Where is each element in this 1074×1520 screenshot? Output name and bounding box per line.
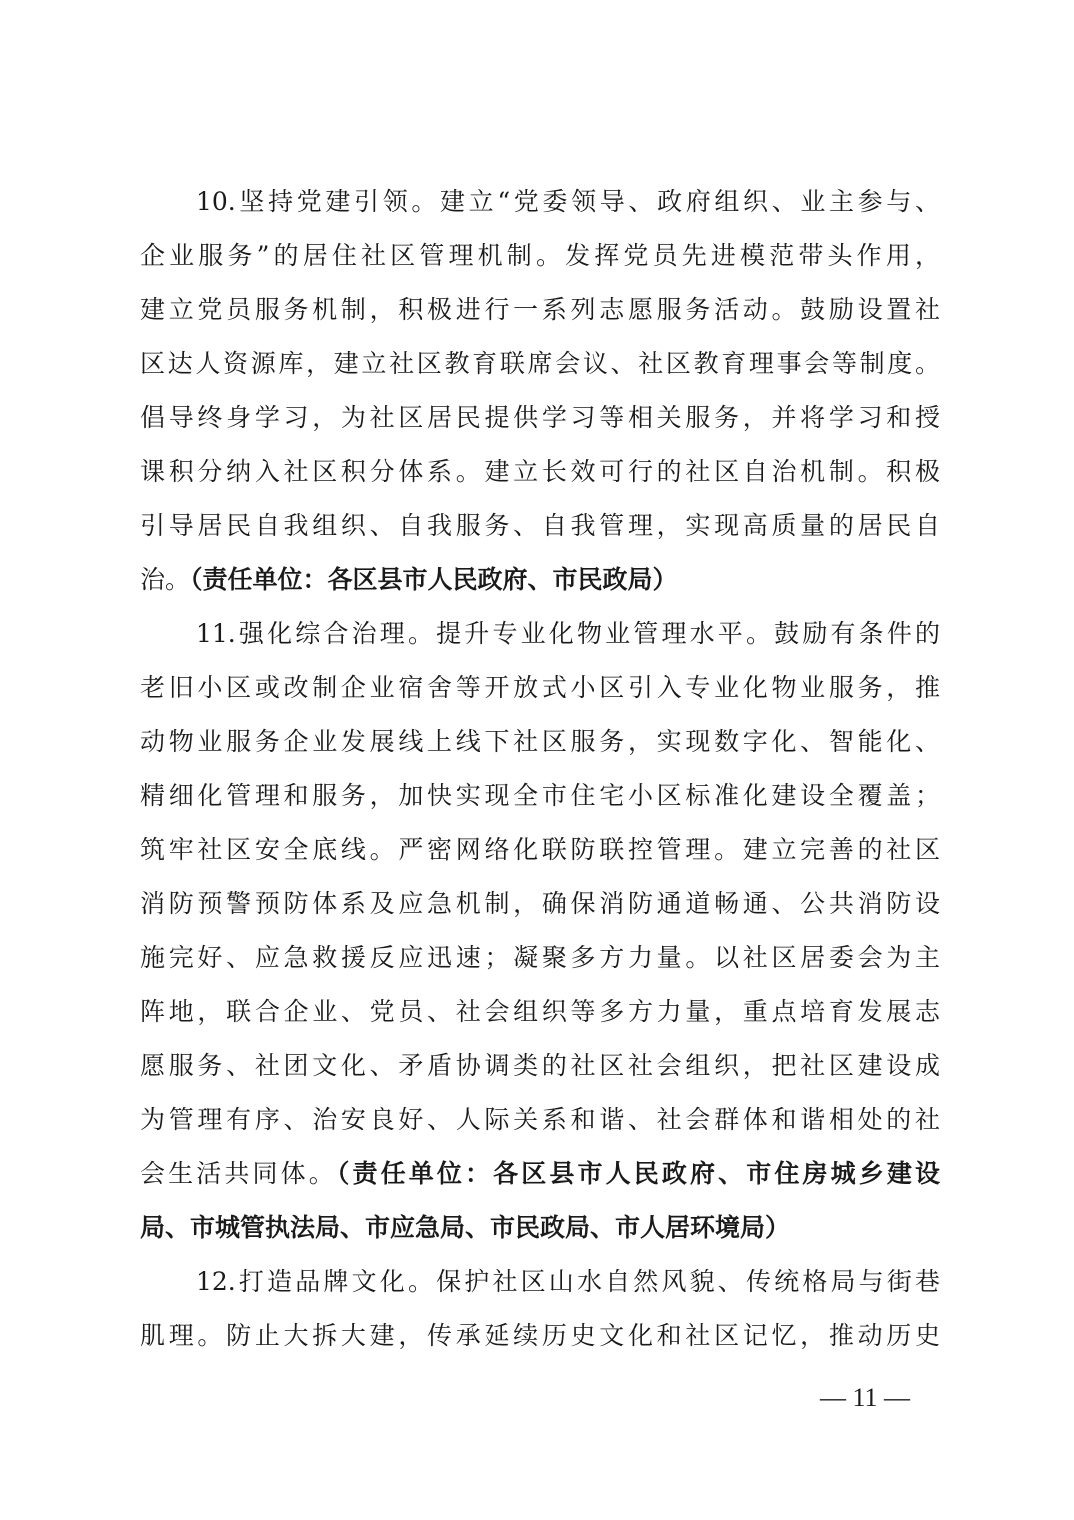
text-line: 愿服务、社团文化、矛盾协调类的社区社会组织，把社区建设成: [140, 1046, 940, 1086]
document-page: 10.坚持党建引领。建立“党委领导、政府组织、业主参与、 企业服务”的居住社区管…: [0, 0, 1074, 1520]
text-fragment: 治。: [140, 565, 190, 594]
text-line: 精细化管理和服务，加快实现全市住宅小区标准化建设全覆盖；: [140, 776, 940, 816]
text-line: 11.强化综合治理。提升专业化物业管理水平。鼓励有条件的: [196, 614, 940, 654]
text-line: 为管理有序、治安良好、人际关系和谐、社会群体和谐相处的社: [140, 1100, 940, 1140]
responsibility-units-continued: 局、市城管执法局、市应急局、市民政局、市人居环境局）: [140, 1208, 940, 1248]
responsibility-units: （责任单位：各区县市人民政府、市住房城乡建设: [337, 1159, 940, 1188]
text-line: 施完好、应急救援反应迅速；凝聚多方力量。以社区居委会为主: [140, 938, 940, 978]
text-line: 建立党员服务机制，积极进行一系列志愿服务活动。鼓励设置社: [140, 290, 940, 330]
responsibility-units: （责任单位：各区县市人民政府、市民政局）: [190, 565, 678, 594]
text-line: 老旧小区或改制企业宿舍等开放式小区引入专业化物业服务，推: [140, 668, 940, 708]
text-line: 引导居民自我组织、自我服务、自我管理，实现高质量的居民自: [140, 506, 940, 546]
text-line: 动物业服务企业发展线上线下社区服务，实现数字化、智能化、: [140, 722, 940, 762]
text-line: 倡导终身学习，为社区居民提供学习等相关服务，并将学习和授: [140, 398, 940, 438]
page-number: — 11 —: [820, 1383, 910, 1413]
text-line: 区达人资源库，建立社区教育联席会议、社区教育理事会等制度。: [140, 344, 940, 384]
text-line: 企业服务”的居住社区管理机制。发挥党员先进模范带头作用，: [140, 236, 940, 276]
text-line: 10.坚持党建引领。建立“党委领导、政府组织、业主参与、: [196, 182, 940, 222]
text-line: 消防预警预防体系及应急机制，确保消防通道畅通、公共消防设: [140, 884, 940, 924]
text-line: 筑牢社区安全底线。严密网络化联防联控管理。建立完善的社区: [140, 830, 940, 870]
text-line: 12.打造品牌文化。保护社区山水自然风貌、传统格局与街巷: [196, 1262, 940, 1302]
text-line: 肌理。防止大拆大建，传承延续历史文化和社区记忆，推动历史: [140, 1316, 940, 1356]
text-line: 课积分纳入社区积分体系。建立长效可行的社区自治机制。积极: [140, 452, 940, 492]
text-line: 治。（责任单位：各区县市人民政府、市民政局）: [140, 560, 940, 600]
text-line: 阵地，联合企业、党员、社会组织等多方力量，重点培育发展志: [140, 992, 940, 1032]
text-line: 会生活共同体。（责任单位：各区县市人民政府、市住房城乡建设: [140, 1154, 940, 1194]
text-fragment: 会生活共同体。: [140, 1159, 337, 1188]
